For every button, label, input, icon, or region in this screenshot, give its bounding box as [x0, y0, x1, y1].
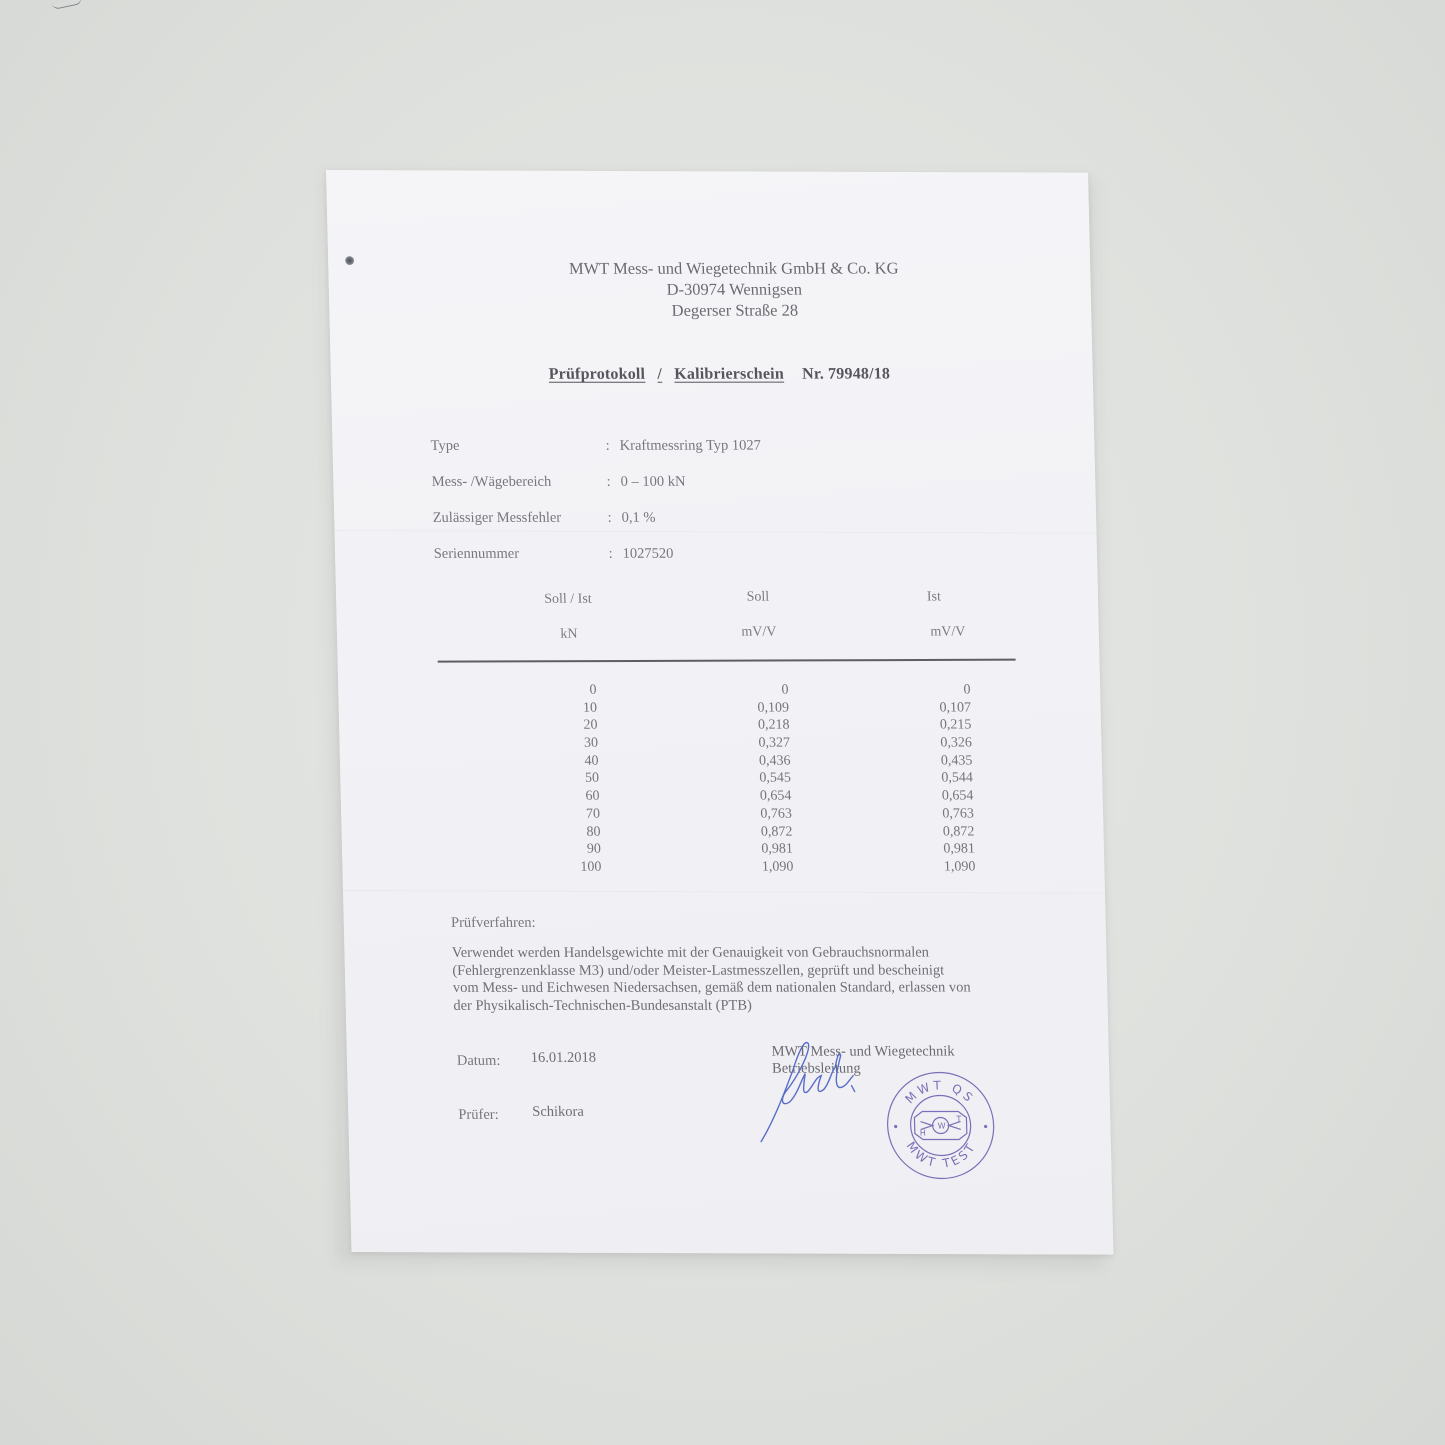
- meta-value: 1027520: [622, 545, 673, 562]
- meta-value: 0,1 %: [621, 509, 655, 526]
- calibration-certificate-page: MWT Mess- und Wiegetechnik GmbH & Co. KG…: [326, 170, 1113, 1255]
- cell-soll: 0,218: [758, 717, 790, 735]
- table-row: 800,8720,872: [442, 823, 1022, 841]
- table-row: 900,9810,981: [443, 841, 1023, 859]
- table-row: 200,2180,215: [439, 717, 1019, 735]
- cell-soll: 0,436: [759, 752, 791, 770]
- meta-label: Type: [430, 437, 605, 454]
- company-name: MWT Mess- und Wiegetechnik GmbH & Co. KG: [328, 257, 1138, 279]
- meta-colon: :: [606, 473, 620, 490]
- cell-kn: 90: [587, 841, 601, 859]
- table-row: 1001,0901,090: [443, 858, 1023, 876]
- cell-ist: 1,090: [944, 858, 976, 876]
- cell-kn: 0: [589, 682, 596, 700]
- cell-kn: 30: [584, 735, 598, 753]
- device-info: Type : Kraftmessring Typ 1027 Mess- /Wäg…: [430, 428, 764, 572]
- procedure-label: Prüfverfahren:: [451, 915, 536, 932]
- meta-label: Seriennummer: [433, 545, 608, 562]
- examiner-label: Prüfer:: [458, 1107, 499, 1124]
- calibration-table: 000100,1090,107200,2180,215300,3270,3264…: [438, 681, 1023, 876]
- meta-colon: :: [608, 545, 622, 562]
- cell-kn: 10: [583, 699, 597, 717]
- date-value: 16.01.2018: [531, 1050, 597, 1067]
- certificate-number: Nr. 79948/18: [802, 366, 891, 383]
- meta-label: Mess- /Wägebereich: [431, 473, 606, 490]
- meta-row-type: Type : Kraftmessring Typ 1027: [430, 428, 761, 464]
- column-header-soll-title: Soll: [718, 590, 798, 606]
- cell-ist: 0: [963, 681, 970, 699]
- table-row: 100,1090,107: [439, 699, 1019, 717]
- page-content: MWT Mess- und Wiegetechnik GmbH & Co. KG…: [326, 169, 1118, 1252]
- column-header-kn-title: Soll / Ist: [528, 592, 608, 608]
- procedure-line: vom Mess- und Eichwesen Niedersachsen, g…: [453, 979, 1013, 997]
- cell-soll: 1,090: [762, 858, 794, 876]
- cell-soll: 0,109: [757, 699, 789, 717]
- cell-ist: 0,981: [943, 841, 975, 859]
- table-row: 000: [438, 681, 1018, 699]
- cell-ist: 0,326: [940, 735, 972, 753]
- cell-soll: 0,654: [760, 788, 792, 806]
- title-pruefprotokoll: Prüfprotokoll: [548, 366, 645, 383]
- meta-label: Zulässiger Messfehler: [432, 509, 607, 526]
- svg-text:MWT QS: MWT QS: [902, 1078, 978, 1106]
- cell-soll: 0,763: [760, 805, 792, 823]
- handwritten-signature: [750, 1030, 873, 1150]
- cell-ist: 0,215: [940, 717, 972, 735]
- meta-colon: :: [607, 509, 621, 526]
- cell-kn: 40: [584, 753, 598, 771]
- cell-soll: 0: [781, 682, 788, 700]
- cell-soll: 0,545: [759, 770, 791, 788]
- cell-kn: 80: [586, 823, 600, 841]
- cell-soll: 0,327: [758, 735, 790, 753]
- cell-soll: 0,872: [761, 823, 793, 841]
- background-pen-mark: [52, 0, 83, 10]
- company-stamp: MWT QS MWT TEST H W T: [883, 1069, 998, 1181]
- title-separator: /: [657, 366, 662, 383]
- cell-ist: 0,544: [941, 770, 973, 788]
- procedure-line: (Fehlergrenzenklasse M3) und/oder Meiste…: [452, 962, 1012, 980]
- table-row: 700,7630,763: [442, 805, 1022, 823]
- column-header-ist-title: Ist: [894, 589, 974, 605]
- stamp-logo-letter: T: [955, 1114, 961, 1123]
- meta-colon: :: [605, 437, 619, 454]
- cell-ist: 0,107: [939, 699, 971, 717]
- stamp-logo-letter: H: [920, 1129, 926, 1138]
- column-header-ist-unit: mV/V: [908, 624, 988, 640]
- stamp-top-text: MWT QS: [902, 1078, 978, 1106]
- table-row: 600,6540,654: [441, 788, 1021, 806]
- cell-kn: 70: [586, 806, 600, 824]
- cell-kn: 20: [583, 717, 597, 735]
- company-letterhead: MWT Mess- und Wiegetechnik GmbH & Co. KG…: [328, 257, 1140, 321]
- company-street: Degerser Straße 28: [330, 299, 1140, 321]
- meta-value: Kraftmessring Typ 1027: [619, 437, 761, 454]
- cell-kn: 60: [585, 788, 599, 806]
- cell-soll: 0,981: [761, 841, 793, 859]
- table-row: 300,3270,326: [440, 734, 1020, 752]
- meta-row-error: Zulässiger Messfehler : 0,1 %: [432, 500, 763, 536]
- date-label: Datum:: [457, 1053, 501, 1070]
- table-row: 400,4360,435: [440, 752, 1020, 770]
- examiner-value: Schikora: [532, 1104, 584, 1121]
- title-kalibrierschein: Kalibrierschein: [674, 366, 784, 383]
- meta-value: 0 – 100 kN: [620, 473, 685, 490]
- cell-ist: 0,654: [942, 788, 974, 806]
- procedure-line: der Physikalisch-Technischen-Bundesansta…: [453, 997, 1013, 1015]
- company-city: D-30974 Wennigsen: [329, 278, 1139, 300]
- stamp-logo-letter: W: [938, 1121, 946, 1130]
- procedure-line: Verwendet werden Handelsgewichte mit der…: [452, 944, 1012, 962]
- document-title: Prüfprotokoll / Kalibrierschein Nr. 7994…: [548, 366, 890, 384]
- table-row: 500,5450,544: [441, 770, 1021, 788]
- cell-ist: 0,435: [941, 752, 973, 770]
- meta-row-range: Mess- /Wägebereich : 0 – 100 kN: [431, 464, 762, 500]
- cell-ist: 0,763: [942, 805, 974, 823]
- column-header-soll-unit: mV/V: [719, 625, 799, 641]
- meta-row-serial: Seriennummer : 1027520: [433, 536, 764, 572]
- table-header-rule: [438, 659, 1016, 663]
- cell-kn: 50: [585, 770, 599, 788]
- cell-ist: 0,872: [943, 823, 975, 841]
- cell-kn: 100: [580, 859, 601, 877]
- procedure-text: Verwendet werden Handelsgewichte mit der…: [452, 944, 1014, 1014]
- column-header-kn-unit: kN: [529, 627, 609, 643]
